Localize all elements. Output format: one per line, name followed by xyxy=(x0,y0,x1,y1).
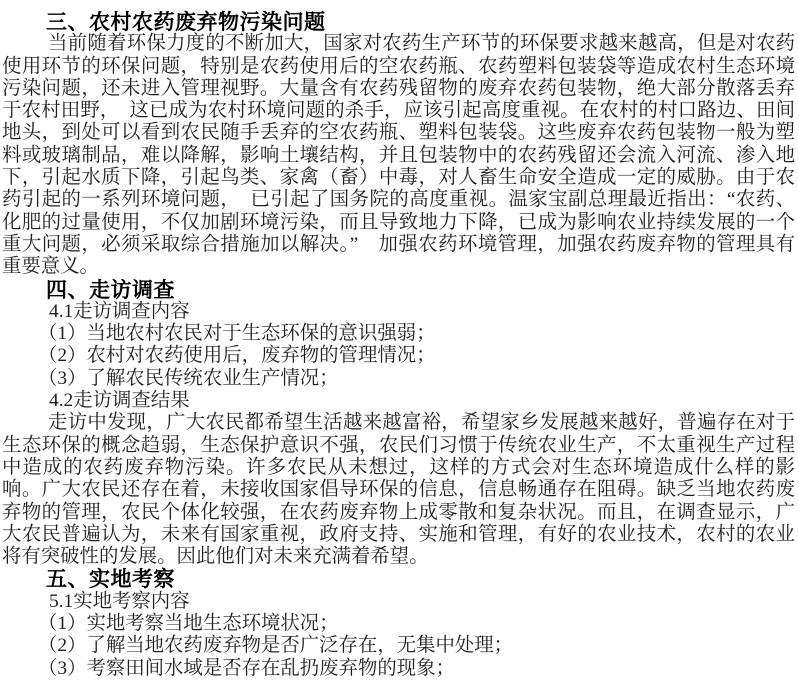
section-heading-pollution: 三、农村农药废弃物污染问题 xyxy=(2,11,795,33)
subsection-title-field-visit-content: 5.1实地考察内容 xyxy=(2,591,795,613)
list-item: （1）当地农村农民对于生态环保的意识强弱； xyxy=(2,323,795,345)
subsection-title-interview-content: 4.1走访调查内容 xyxy=(2,301,795,323)
list-item: （1）实地考察当地生态环境状况； xyxy=(2,613,795,635)
list-item: （2）了解当地农药废弃物是否广泛存在，无集中处理； xyxy=(2,635,795,657)
section-heading-field-visit: 五、实地考察 xyxy=(2,568,795,590)
section-heading-interview-survey: 四、走访调查 xyxy=(2,279,795,301)
paragraph-pollution-body: 当前随着环保力度的不断加大，国家对农药生产环节的环保要求越来越高，但是对农药使用… xyxy=(2,33,795,278)
subsection-title-interview-results: 4.2走访调查结果 xyxy=(2,390,795,412)
paragraph-interview-results-body: 走访中发现，广大农民都希望生活越来越富裕，希望家乡发展越来越好，普遍存在对于生态… xyxy=(2,412,795,568)
list-item: （2）农村对农药使用后，废弃物的管理情况； xyxy=(2,345,795,367)
document-page: 三、农村农药废弃物污染问题 当前随着环保力度的不断加大，国家对农药生产环节的环保… xyxy=(0,0,799,689)
list-item: （3）了解农民传统农业生产情况； xyxy=(2,368,795,390)
list-item: （3）考察田间水域是否存在乱扔废弃物的现象； xyxy=(2,658,795,680)
